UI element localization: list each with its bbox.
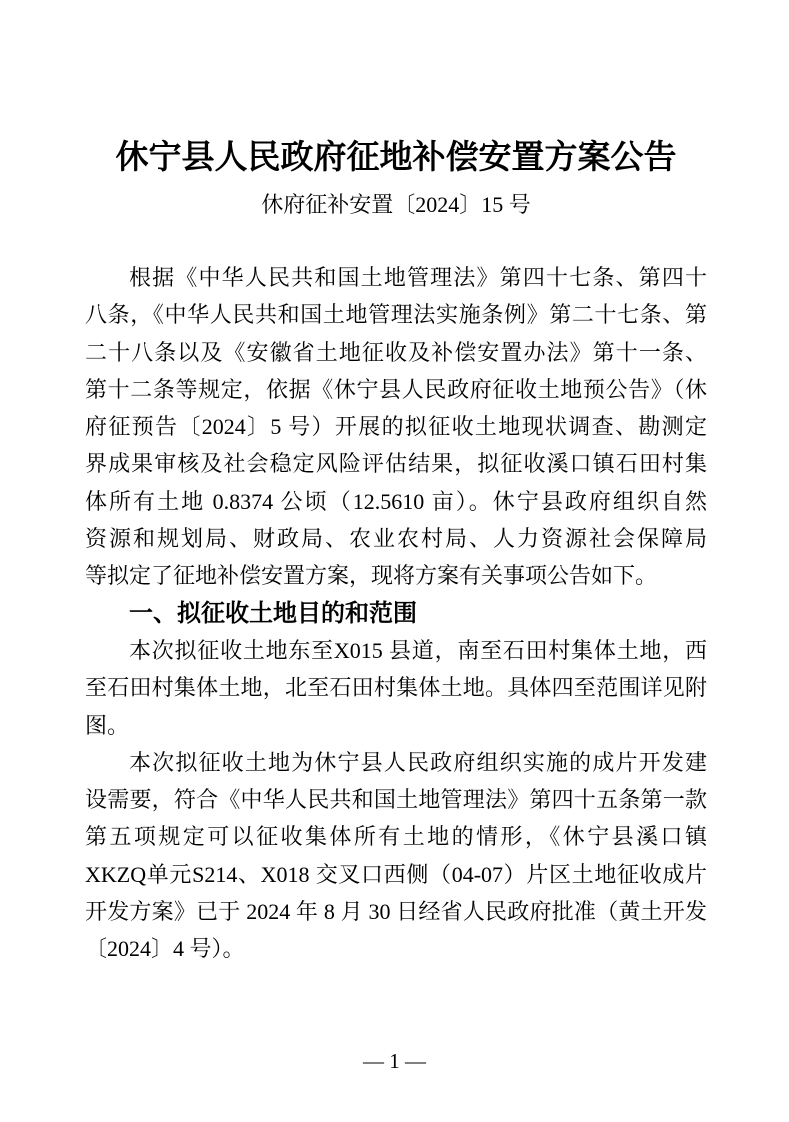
page-number: — 1 — bbox=[0, 1046, 789, 1076]
body-line: 等拟定了征地补偿安置方案，现将方案有关事项公告如下。 bbox=[85, 557, 707, 594]
body-line: 资源和规划局、财政局、农业农村局、人力资源社会保障局 bbox=[85, 520, 707, 557]
doc-number: 休府征补安置〔2024〕15 号 bbox=[85, 188, 707, 222]
document-title: 休宁县人民政府征地补偿安置方案公告 bbox=[85, 132, 707, 184]
body-line: 第十二条等规定，依据《休宁县人民政府征收土地预公告》（休 bbox=[85, 371, 707, 408]
body-line: 体所有土地 0.8374 公顷（12.5610 亩）。休宁县政府组织自然 bbox=[85, 483, 707, 520]
body-line: 界成果审核及社会稳定风险评估结果，拟征收溪口镇石田村集 bbox=[85, 445, 707, 482]
body-line: 本次拟征收土地东至X015 县道，南至石田村集体土地，西 bbox=[85, 632, 707, 669]
body-line: 第五项规定可以征收集体所有土地的情形，《休宁县溪口镇 bbox=[85, 818, 707, 855]
document-body: 根据《中华人民共和国土地管理法》第四十七条、第四十 八条，《中华人民共和国土地管… bbox=[85, 259, 707, 968]
paragraph-2: 本次拟征收土地东至X015 县道，南至石田村集体土地，西 至石田村集体土地，北至… bbox=[85, 632, 707, 744]
body-line: 二十八条以及《安徽省土地征收及补偿安置办法》第十一条、 bbox=[85, 334, 707, 371]
body-line: XKZQ单元S214、X018 交叉口西侧（04-07）片区土地征收成片 bbox=[85, 856, 707, 893]
body-line: 开发方案》已于 2024 年 8 月 30 日经省人民政府批准（黄土开发 bbox=[85, 893, 707, 930]
body-line: 图。 bbox=[85, 707, 707, 744]
section-heading-1: 一、拟征收土地目的和范围 bbox=[85, 595, 707, 632]
body-line: 〔2024〕4 号）。 bbox=[85, 930, 707, 967]
document-page: 休宁县人民政府征地补偿安置方案公告 休府征补安置〔2024〕15 号 根据《中华… bbox=[0, 0, 789, 1122]
body-line: 至石田村集体土地，北至石田村集体土地。具体四至范围详见附 bbox=[85, 669, 707, 706]
body-line: 府征预告〔2024〕5 号）开展的拟征收土地现状调查、勘测定 bbox=[85, 408, 707, 445]
paragraph-1: 根据《中华人民共和国土地管理法》第四十七条、第四十 八条，《中华人民共和国土地管… bbox=[85, 259, 707, 595]
paragraph-3: 本次拟征收土地为休宁县人民政府组织实施的成片开发建 设需要，符合《中华人民共和国… bbox=[85, 744, 707, 968]
body-line: 根据《中华人民共和国土地管理法》第四十七条、第四十 bbox=[85, 259, 707, 296]
body-line: 本次拟征收土地为休宁县人民政府组织实施的成片开发建 bbox=[85, 744, 707, 781]
body-line: 设需要，符合《中华人民共和国土地管理法》第四十五条第一款 bbox=[85, 781, 707, 818]
document-content: 休宁县人民政府征地补偿安置方案公告 休府征补安置〔2024〕15 号 根据《中华… bbox=[85, 132, 707, 968]
body-line: 八条，《中华人民共和国土地管理法实施条例》第二十七条、第 bbox=[85, 296, 707, 333]
